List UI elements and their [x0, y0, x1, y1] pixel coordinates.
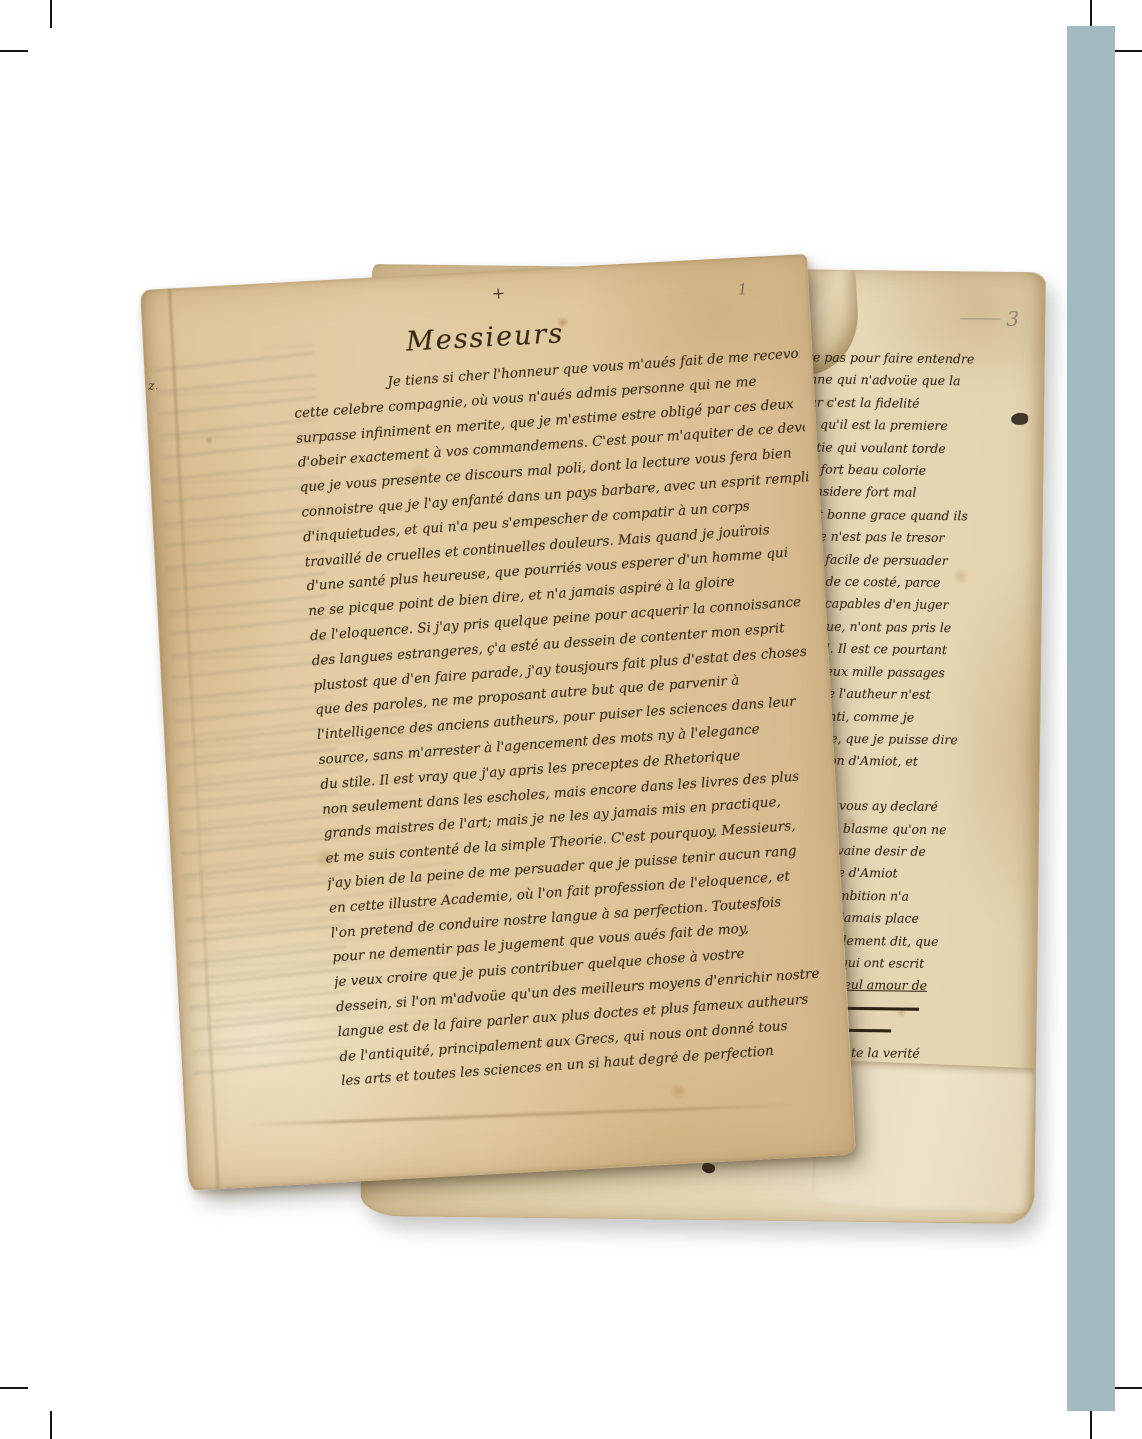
ink-blot	[1011, 413, 1028, 425]
crop-mark-bottom-left-horizontal	[0, 1387, 28, 1389]
crop-mark-bottom-left-vertical	[50, 1411, 52, 1439]
accent-band	[1067, 26, 1115, 1411]
manuscript-line: pedanti, comme je	[797, 705, 1035, 730]
pen-cross-mark: +	[491, 283, 505, 303]
manuscript-line: langue, n'ont pas pris le	[798, 615, 1036, 640]
print-proof-page: 3 tre pas pour faire entendreonne qui n'…	[0, 0, 1142, 1439]
manuscript-line: de deux mille passages	[798, 660, 1036, 685]
manuscript-line: eur c'est la fidelité	[801, 391, 1039, 416]
manuscript-line: entie qui voulant torde	[801, 436, 1039, 461]
manuscript-line: uy qu'il est la premiere	[801, 413, 1039, 438]
salutation-heading: Messieurs	[405, 318, 565, 358]
manuscript-front-sheet: + 1 z. Messieurs Je tiens si cher l'honn…	[140, 254, 856, 1191]
left-margin-mark: z.	[148, 378, 159, 393]
ink-fleck	[701, 1161, 717, 1175]
manuscript-line: ginal. Il est ce pourtant	[798, 638, 1036, 663]
manuscript-line: ché de ce costé, parce	[799, 570, 1037, 595]
manuscript-line: onne qui n'advoüe que la	[801, 369, 1039, 394]
manuscript-line: fort bonne grace quand ils	[800, 503, 1038, 528]
crop-mark-top-right-horizontal	[1114, 50, 1142, 52]
manuscript-line: considere fort mal	[800, 481, 1038, 506]
crop-mark-top-right-vertical	[1090, 0, 1092, 28]
page-number-back: 3	[960, 306, 1019, 331]
page-number-front: 1	[737, 280, 748, 298]
manuscript-line: r, ce n'est pas le tresor	[800, 525, 1038, 550]
crop-mark-top-left-horizontal	[0, 50, 28, 52]
manuscript-line: pas capables d'en juger	[799, 593, 1037, 618]
manuscript-line: pas facile de persuader	[799, 548, 1037, 573]
crop-mark-bottom-right-vertical	[1090, 1411, 1092, 1439]
fold-crease-horizontal	[246, 1103, 806, 1127]
manuscript-line: les de l'autheur n'est	[798, 682, 1036, 707]
manuscript-line: tre pas pour faire entendre	[802, 346, 1040, 371]
crop-mark-bottom-right-horizontal	[1114, 1387, 1142, 1389]
front-sheet-text-block: Je tiens si cher l'honneur que vous m'au…	[292, 341, 849, 1094]
manuscript-line: un fort beau colorie	[800, 458, 1038, 483]
fold-crease-vertical	[168, 289, 220, 1188]
crop-mark-top-left-vertical	[50, 0, 52, 28]
